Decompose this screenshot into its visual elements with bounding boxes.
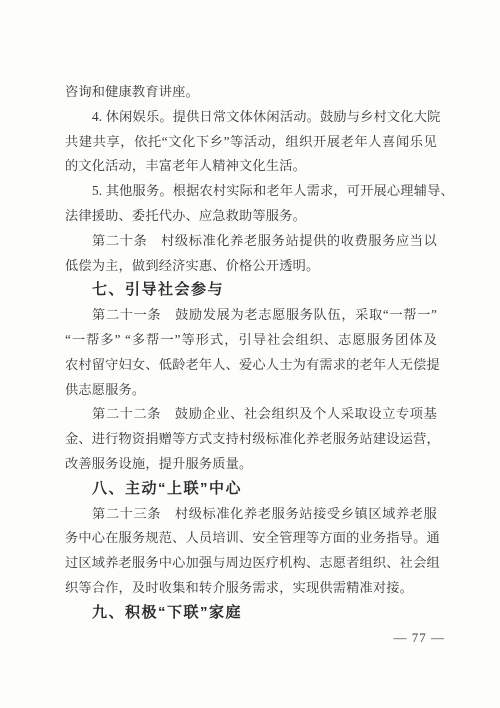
text-line: 过区域养老服务中心加强与周边医疗机构、志愿者组织、社会组 — [65, 551, 437, 576]
text-line: “一帮多” “多帮一”等形式，引导社会组织、志愿服务团体及 — [65, 328, 437, 353]
text-line: 共建共享，依托“文化下乡”等活动，组织开展老年人喜闻乐见 — [65, 130, 437, 155]
article-22-line: 第二十二条 鼓励企业、社会组织及个人采取设立专项基 — [65, 402, 437, 427]
text-line: 5. 其他服务。根据农村实际和老年人需求，可开展心理辅导、 — [65, 179, 437, 204]
text-line: 织等合作，及时收集和转介服务需求，实现供需精准对接。 — [65, 576, 437, 601]
section-heading-9: 九、积极“下联”家庭 — [65, 601, 437, 626]
document-page: 咨询和健康教育讲座。 4. 休闲娱乐。提供日常文体休闲活动。鼓励与乡村文化大院 … — [0, 0, 500, 708]
page-number: — 77 — — [65, 626, 445, 651]
text-line: 的文化活动，丰富老年人精神文化生活。 — [65, 154, 437, 179]
article-21-line: 第二十一条 鼓励发展为老志愿服务队伍，采取“一帮一” — [65, 303, 437, 328]
article-23-line: 第二十三条 村级标准化养老服务站接受乡镇区域养老服 — [65, 502, 437, 527]
text-line: 低偿为主，做到经济实惠、价格公开透明。 — [65, 254, 437, 279]
text-line: 农村留守妇女、低龄老年人、爱心人士为有需求的老年人无偿提 — [65, 353, 437, 378]
text-line: 务中心在服务规范、人员培训、安全管理等方面的业务指导。通 — [65, 526, 437, 551]
text-line: 改善服务设施，提升服务质量。 — [65, 452, 437, 477]
text-line: 供志愿服务。 — [65, 378, 437, 403]
text-line: 咨询和健康教育讲座。 — [65, 80, 437, 105]
text-line: 4. 休闲娱乐。提供日常文体休闲活动。鼓励与乡村文化大院 — [65, 105, 437, 130]
section-heading-8: 八、主动“上联”中心 — [65, 477, 437, 502]
article-20-line: 第二十条 村级标准化养老服务站提供的收费服务应当以 — [65, 229, 437, 254]
text-line: 法律援助、委托代办、应急救助等服务。 — [65, 204, 437, 229]
section-heading-7: 七、引导社会参与 — [65, 278, 437, 303]
text-line: 金、进行物资捐赠等方式支持村级标准化养老服务站建设运营， — [65, 427, 437, 452]
document-text-block: 咨询和健康教育讲座。 4. 休闲娱乐。提供日常文体休闲活动。鼓励与乡村文化大院 … — [65, 80, 437, 650]
